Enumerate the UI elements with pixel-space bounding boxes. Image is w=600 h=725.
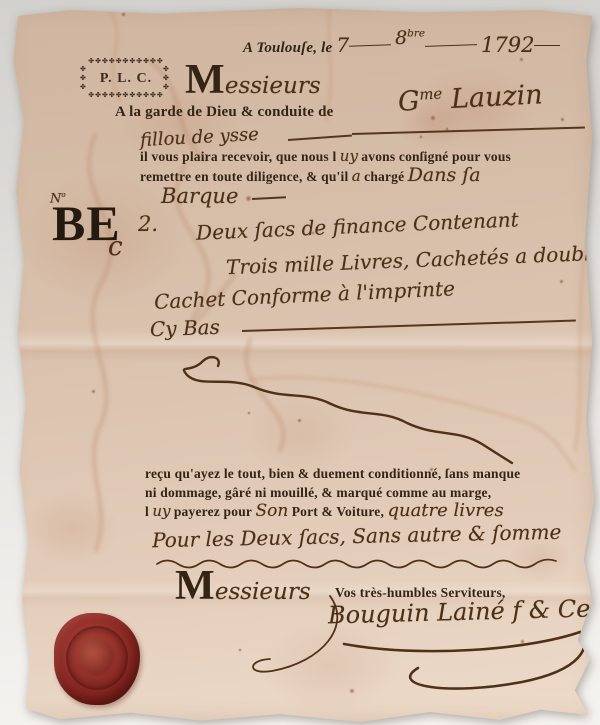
foxing-spot	[559, 279, 564, 284]
photograph-of-document: ✤✤✤✤✤✤✤✤✤✤✤ ✤✤✤ P. L. C. ✤✤✤ ✤✤✤✤✤✤✤✤✤✤✤…	[0, 0, 600, 725]
closing-salutation: Messieurs	[175, 570, 311, 605]
stamp-label: P. L. C.	[100, 69, 152, 89]
dateline-year: 1792	[481, 33, 534, 57]
foxing-spot	[349, 688, 355, 694]
dateline: A Toulouſe, le 7 8bre 1792	[243, 33, 560, 57]
wavy-underline	[152, 552, 582, 572]
foxing-spot	[91, 389, 96, 394]
cargo-line: Cachet Conforme à l'imprinte	[154, 276, 456, 314]
ink-rule	[252, 196, 286, 199]
stamp-ornament-bottom: ✤✤✤✤✤✤✤✤✤✤✤	[80, 92, 172, 99]
salutation-initial: M	[185, 57, 225, 103]
foxing-spot	[519, 57, 524, 62]
foxing-spot	[445, 127, 449, 131]
margin-count: 2.	[138, 212, 158, 236]
foxing-spot	[297, 418, 302, 423]
dateline-day: 7	[336, 33, 349, 57]
paper-shadow: ✤✤✤✤✤✤✤✤✤✤✤ ✤✤✤ P. L. C. ✤✤✤ ✤✤✤✤✤✤✤✤✤✤✤…	[0, 0, 600, 725]
foxing-spot	[419, 135, 423, 139]
foxing-spot	[520, 639, 525, 644]
ink-rule	[288, 135, 352, 141]
plc-merchant-stamp: ✤✤✤✤✤✤✤✤✤✤✤ ✤✤✤ P. L. C. ✤✤✤ ✤✤✤✤✤✤✤✤✤✤✤	[80, 58, 172, 99]
receipt-paragraph: reçu qu'ayez le tout, bien & duement con…	[145, 465, 575, 522]
cancellation-flourish	[140, 352, 590, 470]
foxing-spot	[311, 231, 315, 235]
stamp-ornament-top: ✤✤✤✤✤✤✤✤✤✤✤	[80, 58, 172, 65]
foxing-spot	[247, 411, 251, 415]
ink-stroke	[425, 44, 477, 47]
cargo-line: Cy Bas	[150, 315, 221, 341]
closing-initial: M	[175, 563, 215, 609]
cargo-line: Trois mille Livres, Cachetés a double	[226, 241, 600, 279]
dateline-place: A Toulouſe, le	[243, 40, 332, 56]
carrier-name: Gme Lauzin	[397, 79, 543, 118]
seal-impression-center	[78, 639, 114, 675]
stamp-ornament-right: ✤✤✤	[163, 65, 172, 92]
printed-garde-line: A la garde de Dieu & conduite de	[115, 104, 333, 121]
cargo-line: Deux ſacs de finance Contenant	[196, 207, 520, 244]
salutation: Messieurs	[185, 64, 321, 99]
red-wax-seal	[54, 613, 140, 705]
closing-script: essieurs	[215, 579, 311, 605]
total-line: Pour les Deux ſacs, Sans autre & ſomme	[152, 520, 562, 553]
receive-paragraph: il vous plaira recevoir, que nous l uy a…	[140, 147, 560, 186]
ink-stroke	[534, 45, 560, 46]
document-paper: ✤✤✤✤✤✤✤✤✤✤✤ ✤✤✤ P. L. C. ✤✤✤ ✤✤✤✤✤✤✤✤✤✤✤…	[0, 0, 600, 725]
ink-rule	[242, 320, 576, 332]
foxing-spot	[429, 467, 434, 472]
signature: Bouguin Lainé f & Ce	[328, 595, 591, 630]
foxing-spot	[245, 195, 252, 202]
foxing-spot	[238, 648, 242, 652]
ink-stroke	[349, 44, 391, 46]
margin-mark-sub: c	[108, 232, 123, 262]
salutation-script: essieurs	[225, 73, 321, 99]
stamp-ornament-left: ✤✤✤	[80, 65, 89, 92]
dateline-month: 8bre	[395, 27, 425, 49]
ink-rule	[352, 126, 585, 134]
vessel-word: Barque	[161, 184, 238, 208]
foxing-spot	[430, 115, 436, 121]
foxing-spot	[560, 117, 565, 122]
foxing-spot	[121, 12, 126, 17]
